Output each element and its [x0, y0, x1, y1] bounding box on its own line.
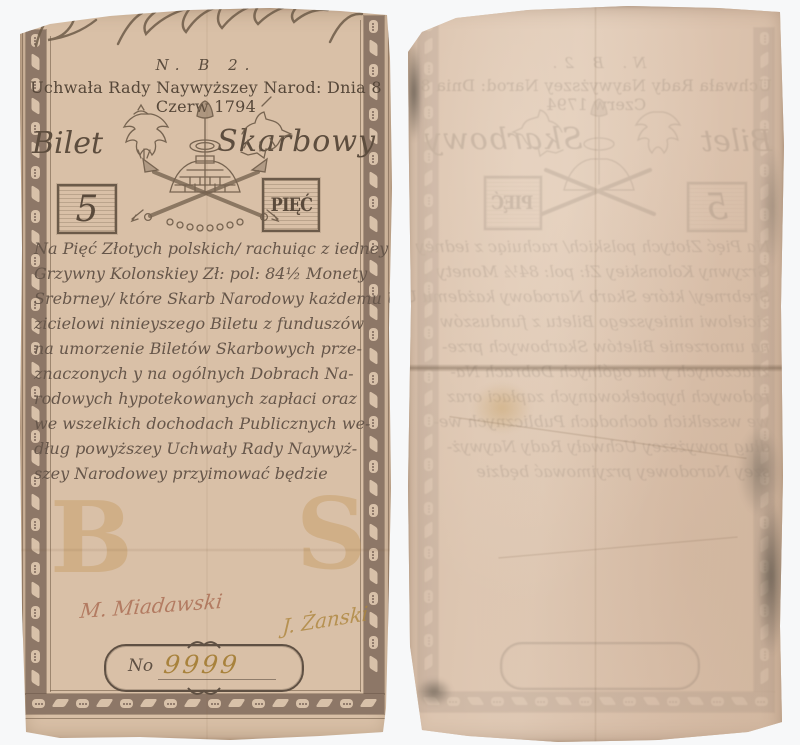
border-motif	[184, 699, 202, 707]
border-motif	[369, 548, 378, 561]
border-motif	[425, 257, 433, 275]
border-motif	[425, 609, 433, 627]
border-motif	[164, 699, 177, 708]
text-line: zicielowi ninieyszego Biletu z funduszów	[34, 311, 368, 336]
border-motif	[761, 183, 769, 201]
border-motif	[32, 669, 40, 687]
border-motif	[52, 699, 70, 707]
serial-number-cartouche: No 9999	[104, 644, 304, 692]
border-motif	[467, 697, 485, 705]
cropped-calligraphy-flourish	[30, 8, 370, 54]
border-motif	[425, 521, 433, 539]
ghost-series: N. B 2.	[408, 54, 784, 72]
border-motif	[316, 699, 334, 707]
border-motif	[760, 604, 769, 617]
text-line: na umorzenie Biletów Skarbowych prze-	[34, 336, 368, 361]
border-motif	[272, 699, 290, 707]
border-motif	[370, 479, 378, 497]
border-motif	[140, 699, 158, 707]
banknote-obverse: N. B 2. Uchwała Rady Naywyższey Narod: D…	[20, 8, 392, 740]
frame-rule	[24, 718, 386, 719]
ghost-cartouche	[500, 642, 700, 690]
border-motif	[425, 345, 433, 363]
border-motif	[369, 20, 378, 33]
border-motif	[760, 32, 769, 45]
text-line: Srebrney/ które Skarb Narodowy każdemu U…	[34, 286, 368, 311]
denomination-word: PIĘĆ	[270, 194, 311, 216]
border-motif	[369, 372, 378, 385]
border-motif	[369, 504, 378, 517]
border-motif	[31, 562, 40, 575]
border-motif	[370, 215, 378, 233]
watermark-letter-s: S	[296, 486, 367, 584]
ghost-line: Grzywny Kolonskiey Zł: pol: 84½ Monety	[436, 259, 770, 284]
border-motif	[424, 18, 433, 31]
border-motif	[369, 328, 378, 341]
border-motif	[370, 611, 378, 629]
border-motif	[31, 650, 40, 663]
border-motif	[370, 391, 378, 409]
serial-underline	[158, 679, 276, 680]
border-motif	[424, 546, 433, 559]
text-line: Grzywny Kolonskiey Zł: pol: 84½ Monety	[34, 261, 368, 286]
border-motif	[425, 389, 433, 407]
serial-label: No	[128, 656, 153, 676]
border-motif	[32, 625, 40, 643]
ghost-obligation-text: Na Pięć Złotych polskich/ rachuiąc z ied…	[436, 234, 770, 484]
border-motif	[340, 699, 353, 708]
border-motif	[32, 185, 40, 203]
cartouche-ornament	[187, 687, 221, 699]
cartouche-ornament	[187, 637, 221, 649]
border-motif	[761, 491, 769, 509]
border-motif	[370, 567, 378, 585]
border-motif	[32, 699, 45, 708]
border-motif	[424, 370, 433, 383]
text-line: znaczonych y na ogólnych Dobrach Na-	[34, 361, 368, 386]
border-motif	[120, 699, 133, 708]
ghost-line: szey Narodowey przyimować będzie	[436, 459, 770, 484]
border-motif	[761, 623, 769, 641]
border-motif	[599, 697, 617, 705]
border-motif	[424, 194, 433, 207]
border-motif	[228, 699, 246, 707]
border-motif	[31, 606, 40, 619]
text-line: we wszelkich dochodach Publicznych we-	[34, 411, 368, 436]
border-motif	[424, 414, 433, 427]
border-motif	[643, 697, 661, 705]
ghost-numeral-box: 5	[687, 182, 747, 232]
border-motif	[425, 477, 433, 495]
ghost-border-band	[418, 692, 774, 712]
border-motif	[425, 653, 433, 671]
border-motif	[667, 697, 680, 706]
border-motif	[760, 560, 769, 573]
border-motif	[370, 347, 378, 365]
obligation-text: Na Pięć Złotych polskich/ rachuiąc z ied…	[34, 236, 368, 486]
border-motif	[76, 699, 89, 708]
ghost-word: PIĘĆ	[492, 192, 533, 214]
border-motif	[424, 326, 433, 339]
ghost-title-bilet: Bilet	[701, 124, 772, 159]
border-motif	[425, 213, 433, 231]
ghost-line: we wszelkich dochodach Publicznych we-	[436, 409, 770, 434]
border-motif	[447, 697, 460, 706]
border-motif	[370, 523, 378, 541]
ghost-line: znaczonych y na ogólnych Dobrach Na-	[436, 359, 770, 384]
photo-background: N. B 2. Uchwała Rady Naywyższey Narod: D…	[0, 0, 800, 745]
ghost-line: dług powyższey Uchwały Rady Naywyż-	[436, 434, 770, 459]
border-motif	[711, 697, 724, 706]
border-motif	[32, 581, 40, 599]
border-motif	[491, 697, 504, 706]
border-motif	[96, 699, 114, 707]
border-motif	[760, 516, 769, 529]
ghost-border-band	[418, 14, 438, 692]
ghost-word-box: PIĘĆ	[484, 176, 542, 230]
border-motif	[252, 699, 265, 708]
ghost-numeral: 5	[706, 187, 729, 228]
denomination-word-box: PIĘĆ	[262, 178, 320, 232]
banknote-reverse: N. B 2. Uchwała Rady Naywyższey Narod: D…	[408, 6, 784, 742]
border-motif	[370, 435, 378, 453]
text-line: rodowych hypotekowanych zapłaci oraz	[34, 386, 368, 411]
border-motif	[425, 169, 433, 187]
border-motif	[424, 590, 433, 603]
border-motif	[579, 697, 592, 706]
frame-rule	[22, 32, 23, 714]
border-motif	[535, 697, 548, 706]
denomination-numeral-box: 5	[57, 184, 117, 234]
text-line: Na Pięć Złotych polskich/ rachuiąc z ied…	[34, 236, 368, 261]
border-motif	[369, 416, 378, 429]
border-motif	[369, 460, 378, 473]
ghost-line: na umorzenie Biletów Skarbowych prze-	[436, 334, 770, 359]
border-motif	[31, 210, 40, 223]
border-motif	[761, 535, 769, 553]
denomination-numeral: 5	[76, 189, 99, 230]
serial-number: 9999	[162, 650, 242, 679]
border-motif	[425, 37, 433, 55]
border-motif	[755, 697, 768, 706]
show-through-mirror: N. B 2. Uchwała Rady Naywyższey Narod: D…	[408, 6, 784, 742]
border-motif	[370, 259, 378, 277]
border-motif	[296, 699, 309, 708]
eagle-icon	[134, 105, 148, 114]
border-motif	[369, 592, 378, 605]
signature-commissioner-right: J. Żanski	[282, 601, 369, 639]
border-motif	[424, 634, 433, 647]
border-motif	[370, 171, 378, 189]
border-motif	[760, 208, 769, 221]
border-motif	[425, 565, 433, 583]
border-motif	[208, 699, 221, 708]
ghost-line: Srebrney/ które Skarb Narodowy każdemu U…	[436, 284, 770, 309]
border-motif	[623, 697, 636, 706]
border-motif	[370, 655, 378, 673]
border-motif	[370, 39, 378, 57]
series-number: N. B 2.	[20, 56, 392, 74]
border-motif	[369, 196, 378, 209]
border-motif	[760, 648, 769, 661]
text-line: dług powyższey Uchwały Rady Naywyż-	[34, 436, 368, 461]
border-motif	[423, 697, 441, 705]
title-bilet: Bilet	[32, 126, 103, 161]
border-motif	[31, 166, 40, 179]
frame-rule	[388, 18, 389, 718]
border-motif	[424, 502, 433, 515]
border-motif	[425, 433, 433, 451]
ghost-line: Na Pięć Złotych polskich/ rachuiąc z ied…	[436, 234, 770, 259]
border-motif	[424, 458, 433, 471]
border-motif	[369, 636, 378, 649]
ghost-line: zicielowi ninieyszego Biletu z funduszów	[436, 309, 770, 334]
border-motif	[31, 518, 40, 531]
border-motif	[555, 697, 573, 705]
border-motif	[761, 667, 769, 685]
border-motif	[687, 697, 705, 705]
ghost-line: rodowych hypotekowanych zapłaci oraz	[436, 384, 770, 409]
border-motif	[32, 493, 40, 511]
border-motif	[761, 579, 769, 597]
border-motif	[32, 537, 40, 555]
border-motif	[511, 697, 529, 705]
border-motif	[760, 164, 769, 177]
watermark-letter-b: B	[50, 490, 133, 588]
border-motif	[360, 699, 378, 707]
border-motif	[731, 697, 749, 705]
